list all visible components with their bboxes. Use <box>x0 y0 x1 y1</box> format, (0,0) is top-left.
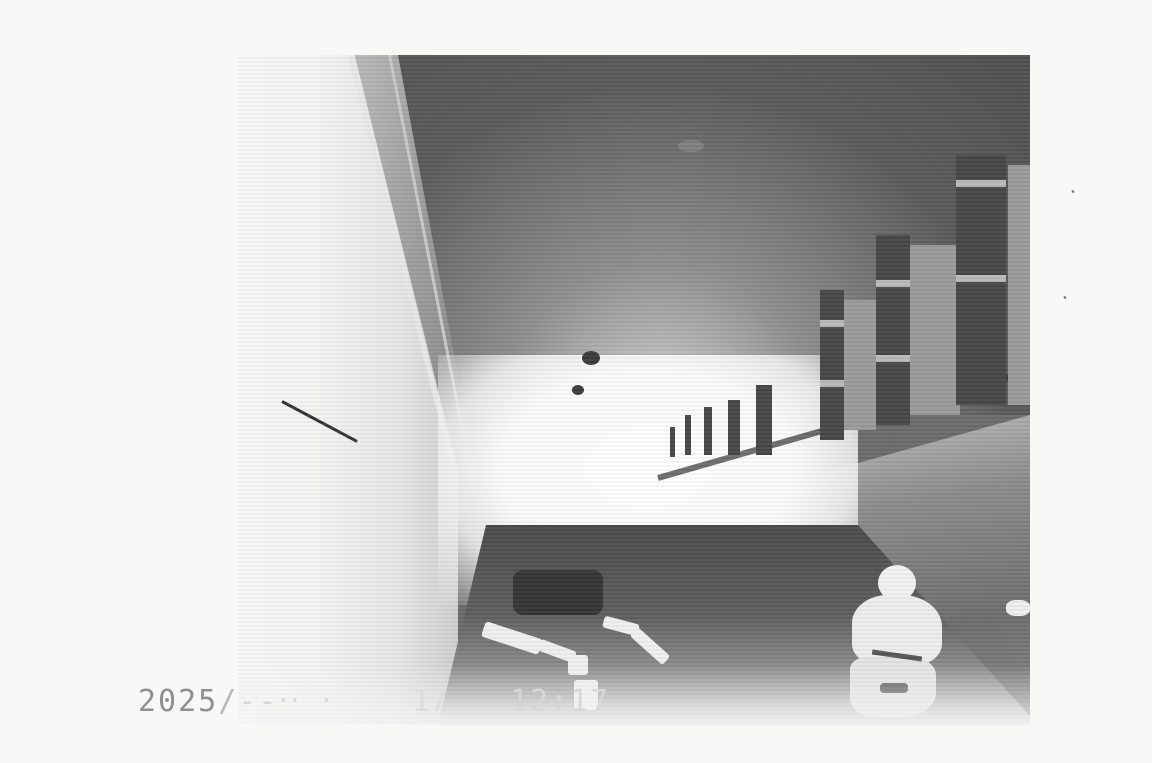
ceiling-lamp <box>582 351 600 365</box>
photocopy-fade <box>238 665 1030 725</box>
pillar <box>876 235 910 425</box>
timestamp-year: 2025 <box>138 684 218 719</box>
pillar-face <box>844 300 876 430</box>
pillar-face <box>910 245 960 415</box>
timestamp-time: 12:17 <box>510 684 610 719</box>
pillar <box>670 427 675 457</box>
timestamp-day: 17 <box>412 684 448 719</box>
ceiling-lamp <box>572 385 584 395</box>
pillar <box>728 400 740 455</box>
timestamp-date-obscured: --‧‧ ‧ <box>238 684 333 719</box>
scan-speck <box>1063 296 1066 300</box>
pillar <box>956 155 1006 405</box>
distant-vehicle <box>513 570 603 615</box>
pillar <box>685 415 691 455</box>
scan-speck <box>1071 190 1074 194</box>
ceiling-lamp <box>678 140 704 152</box>
cctv-timestamp: 2025/--‧‧ ‧ <box>138 684 333 719</box>
cctv-frame <box>238 55 1030 725</box>
pillar <box>704 407 712 455</box>
pillar <box>756 385 772 455</box>
pillar-face <box>1008 165 1030 405</box>
timestamp-separator: / <box>218 684 238 719</box>
scanned-page: 2025/--‧‧ ‧ 17 12:17 <box>0 0 1152 763</box>
pillar <box>820 290 844 440</box>
side-vehicle-light <box>1006 600 1030 616</box>
